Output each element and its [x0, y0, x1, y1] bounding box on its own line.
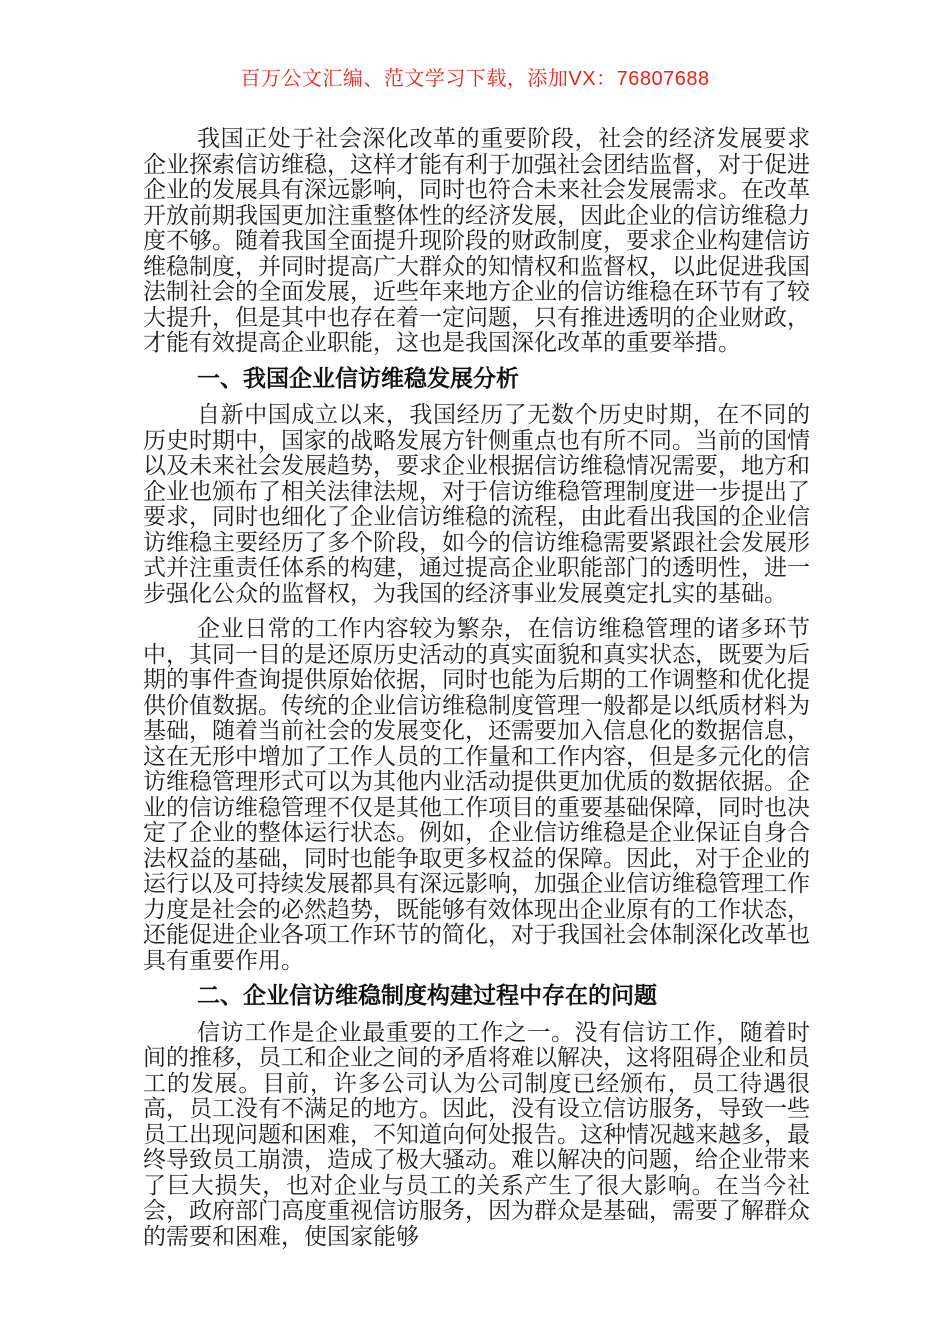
document-body: 我国正处于社会深化改革的重要阶段，社会的经济发展要求企业探索信访维稳，这样才能有…	[143, 126, 810, 1259]
section-heading-2: 二、企业信访维稳制度构建过程中存在的问题	[143, 983, 810, 1009]
document-page: 百万公文汇编、范文学习下载，添加VX：76807688 我国正处于社会深化改革的…	[0, 0, 950, 1344]
paragraph-section1-b: 企业日常的工作内容较为繁杂，在信访维稳管理的诸多环节中，其同一目的是还原历史活动…	[143, 616, 810, 973]
paragraph-section1-a: 自新中国成立以来，我国经历了无数个历史时期，在不同的历史时期中，国家的战略发展方…	[143, 402, 810, 606]
section-heading-1: 一、我国企业信访维稳发展分析	[143, 366, 810, 392]
watermark-header-notice: 百万公文汇编、范文学习下载，添加VX：76807688	[0, 66, 950, 92]
paragraph-section2-a: 信访工作是企业最重要的工作之一。没有信访工作，随着时间的推移，员工和企业之间的矛…	[143, 1020, 810, 1250]
paragraph-intro: 我国正处于社会深化改革的重要阶段，社会的经济发展要求企业探索信访维稳，这样才能有…	[143, 126, 810, 356]
